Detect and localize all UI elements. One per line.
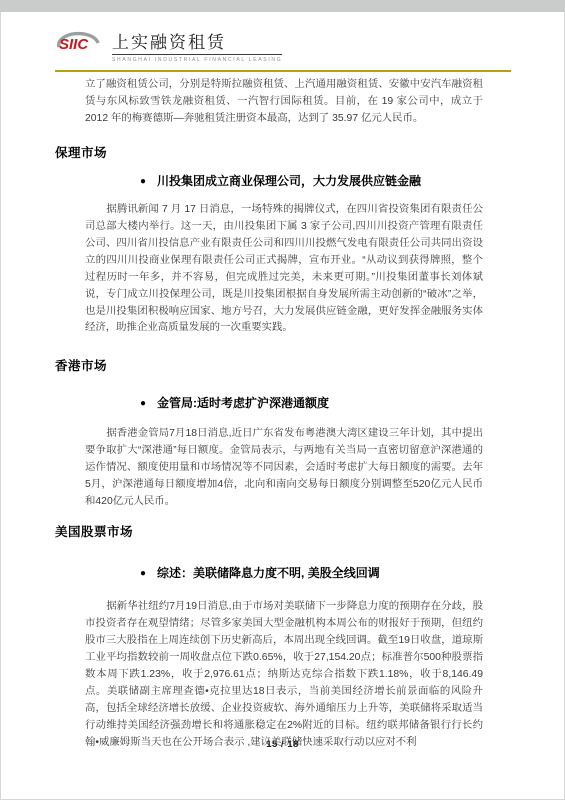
section-paragraph: 据香港金管局7月18日消息,近日广东省发布粤港澳大湾区建设三年计划，其中提出要争… bbox=[85, 426, 483, 511]
company-name: 上实融资租赁 bbox=[112, 28, 282, 55]
bullet-headline: ● 金管局:适时考虑扩沪深港通额度 bbox=[140, 394, 485, 414]
section-paragraph: 据腾讯新闻 7 月 17 日消息，一场特殊的揭牌仪式，在四川省投资集团有限责任公… bbox=[85, 202, 483, 338]
siic-logo-icon: SIIC bbox=[52, 26, 106, 56]
header: SIIC 上实融资租赁 SHANGHAI INDUSTRIAL FINANCIA… bbox=[52, 26, 282, 63]
section-title: 保理市场 bbox=[55, 143, 485, 163]
document-page: SIIC 上实融资租赁 SHANGHAI INDUSTRIAL FINANCIA… bbox=[0, 0, 565, 800]
bullet-headline-text: 金管局:适时考虑扩沪深港通额度 bbox=[157, 394, 329, 414]
section-title: 香港市场 bbox=[55, 356, 485, 376]
header-divider bbox=[55, 70, 511, 72]
bullet-headline-text: 综述：美联储降息力度不明, 美股全线回调 bbox=[157, 564, 380, 584]
bullet-headline: ● 川投集团成立商业保理公司，大力发展供应链金融 bbox=[140, 172, 485, 192]
section-us-stock-market: 美国股票市场 ● 综述：美联储降息力度不明, 美股全线回调 据新华社纽约7月19… bbox=[55, 522, 485, 752]
company-caption: SHANGHAI INDUSTRIAL FINANCIAL LEASING bbox=[112, 57, 282, 63]
section-paragraph: 据新华社纽约7月19日消息,由于市场对美联储下一步降息力度的预期存在分歧，股市投… bbox=[85, 599, 483, 752]
section-title: 美国股票市场 bbox=[55, 522, 485, 542]
page-number: 15 / 18 bbox=[0, 739, 565, 750]
section-hongkong-market: 香港市场 ● 金管局:适时考虑扩沪深港通额度 据香港金管局7月18日消息,近日广… bbox=[55, 356, 485, 511]
document-body: 立了融资租赁公司，分别是特斯拉融资租赁、上汽通用融资租赁、安徽中安汽车融资租赁与… bbox=[55, 77, 485, 752]
logo-text: SIIC bbox=[59, 36, 89, 53]
bullet-icon: ● bbox=[140, 566, 146, 582]
bullet-icon: ● bbox=[140, 174, 146, 190]
section-factoring-market: 保理市场 ● 川投集团成立商业保理公司，大力发展供应链金融 据腾讯新闻 7 月 … bbox=[55, 143, 485, 338]
page-top-edge bbox=[0, 0, 565, 12]
company-name-block: 上实融资租赁 SHANGHAI INDUSTRIAL FINANCIAL LEA… bbox=[112, 28, 282, 63]
bullet-headline: ● 综述：美联储降息力度不明, 美股全线回调 bbox=[140, 564, 485, 584]
intro-paragraph: 立了融资租赁公司，分别是特斯拉融资租赁、上汽通用融资租赁、安徽中安汽车融资租赁与… bbox=[85, 77, 483, 128]
bullet-headline-text: 川投集团成立商业保理公司，大力发展供应链金融 bbox=[157, 172, 421, 192]
bullet-icon: ● bbox=[140, 396, 146, 412]
